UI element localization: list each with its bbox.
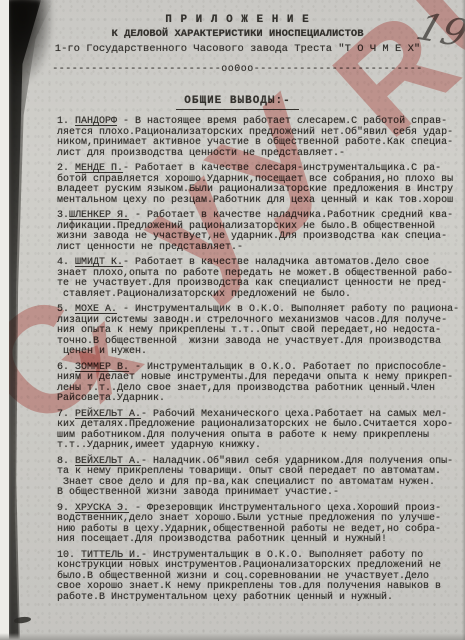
specialist-name: ТИТТЕЛЬ И. (81, 550, 141, 561)
conclusion-text: лизации системы заводн.и стрелочного мех… (57, 316, 465, 358)
conclusion-item-4: 4. ШМИДТ К.- Работает в качестве наладчи… (57, 258, 465, 300)
conclusion-item-6: 6. ЗОММЕР В. - Инструментальщик в О.К.О.… (57, 363, 465, 405)
conclusions-list: 1. ПАНДОРФ - В настоящее время работает … (57, 117, 465, 608)
conclusion-text: ниям и делает новые инструменты.Для пере… (57, 373, 465, 405)
specialist-name: МОХЕ А. (75, 304, 117, 315)
conclusion-text: лификации.Предложений рационализаторских… (57, 222, 465, 254)
conclusion-text: знает плохо,опыта по работе передать не … (57, 269, 465, 301)
ink-smudge (14, 616, 32, 624)
conclusion-text: водственник,дело знает хорошо.Были устны… (57, 514, 465, 546)
section-title: ОБЩИЕ ВЫВОДЫ:- (176, 95, 298, 110)
conclusion-item-7: 7. РЕЙХЕЛЬТ А.- Рабочий Механического це… (57, 410, 465, 452)
specialist-name: ХРУСКА Э. (75, 503, 129, 514)
specialist-name: ШМИДТ К. (75, 257, 123, 268)
conclusion-text: ких деталях.Предложение рационализаторск… (57, 420, 465, 452)
specialist-name: РЕЙХЕЛЬТ А. (75, 409, 141, 420)
conclusion-text: конструкции новых инструментов.Рационали… (57, 561, 465, 603)
specialist-name: ПАНДОРФ (75, 116, 117, 127)
handwritten-page-number: 19 (412, 5, 465, 56)
specialist-name: ЗОММЕР В. (75, 362, 129, 373)
document-header: П Р И Л О Ж Е Н И Е К ДЕЛОВОЙ ХАРАКТЕРИС… (30, 14, 445, 110)
conclusion-text: ботой справляется хорошо.Ударник,посещае… (57, 175, 465, 207)
conclusion-item-5: 5. МОХЕ А. - Инструментальщик в О.К.О. В… (57, 305, 465, 358)
conclusion-item-3: 3.ШЛЕНКЕР Я. - Работает в качестве налад… (57, 211, 465, 253)
scan-edge-bottom (0, 633, 465, 640)
title-line-2: К ДЕЛОВОЙ ХАРАКТЕРИСТИКИ ИНОСПЕЦИАЛИСТОВ (30, 28, 445, 40)
specialist-name: ВЕЙХЕЛЬТ А. (75, 456, 141, 467)
scan-corner-blotch (6, 0, 54, 84)
conclusion-item-8: 8. ВЕЙХЕЛЬТ А.- Наладчик.Об"явил себя уд… (57, 457, 465, 499)
typed-divider: --------------------------оо0оо---------… (30, 64, 445, 75)
conclusion-text: та к нему прикреплены товарищи. Опыт сво… (57, 467, 465, 499)
conclusion-item-9: 9. ХРУСКА Э. - Фрезеровщик Инструменталь… (57, 504, 465, 546)
title-line-1: П Р И Л О Ж Е Н И Е (30, 14, 445, 26)
conclusion-item-1: 1. ПАНДОРФ - В настоящее время работает … (57, 117, 465, 159)
section-title-row: ОБЩИЕ ВЫВОДЫ:- (30, 90, 445, 110)
specialist-name: МЕНДЕ П. (75, 163, 123, 174)
title-line-3: 1-го Государственного Часового завода Тр… (30, 43, 445, 55)
scanned-document-page: П Р И Л О Ж Е Н И Е К ДЕЛОВОЙ ХАРАКТЕРИС… (0, 0, 465, 640)
scan-edge-left (0, 0, 9, 640)
conclusion-item-10: 10. ТИТТЕЛЬ И.- Инструментальщик в О.К.О… (57, 551, 465, 604)
conclusion-text: ляется плохо.Рационализаторских предложе… (57, 128, 465, 160)
conclusion-item-2: 2. МЕНДЕ П.- Работает в качестве слесаря… (57, 164, 465, 206)
specialist-name: ШЛЕНКЕР Я. (69, 210, 129, 221)
